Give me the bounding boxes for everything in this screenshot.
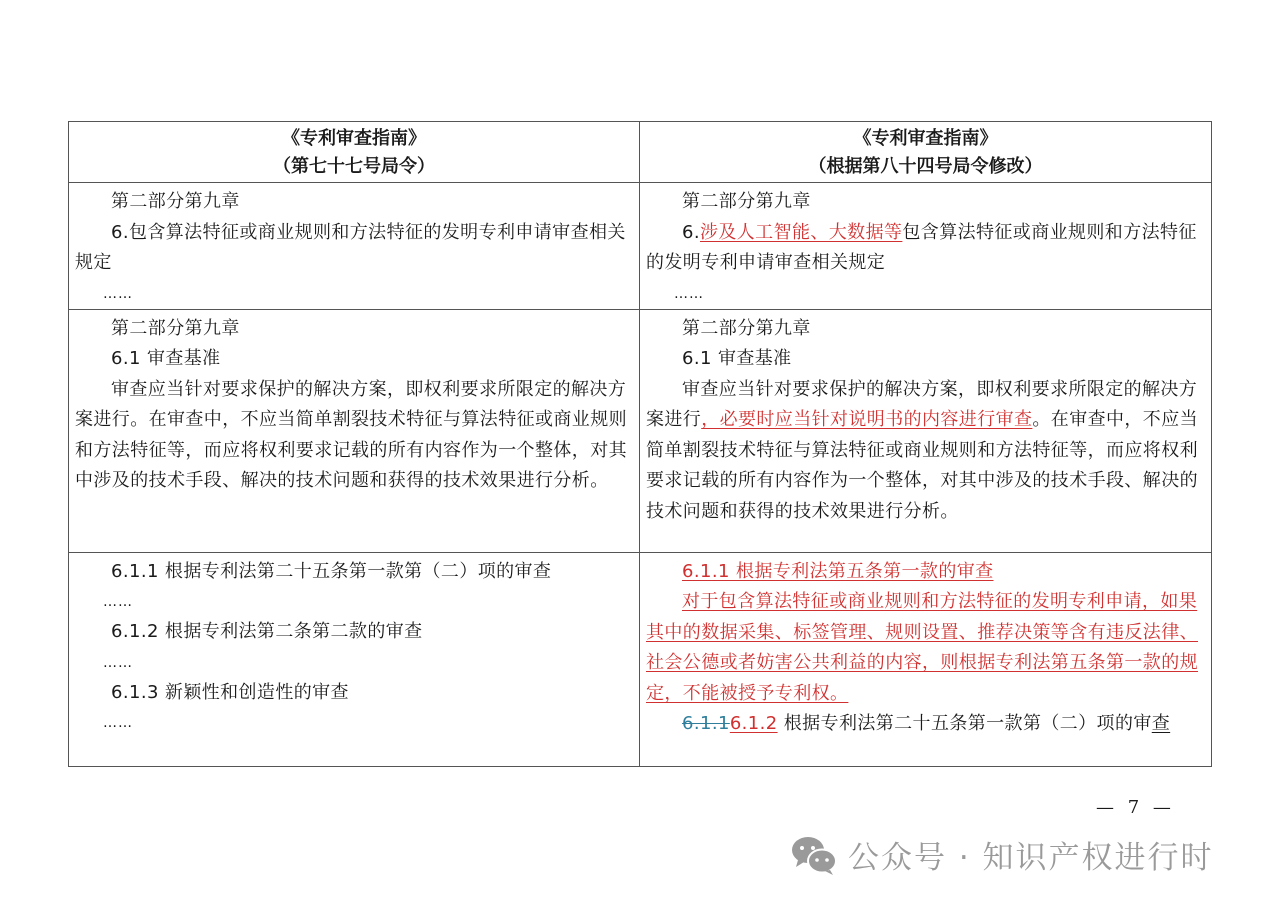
inserted-text: ，必要时应当针对说明书的内容进行审查 — [701, 409, 1032, 430]
watermark: 公众号 · 知识产权进行时 — [790, 832, 1214, 877]
chapter-label: 第二部分第九章 — [646, 187, 1205, 218]
section-heading: 6.包含算法特征或商业规则和方法特征的发明专利申请审查相关规定 — [75, 218, 633, 279]
comparison-table: 《专利审查指南》 （第七十七号局令） 《专利审查指南》 （根据第八十四号局令修改… — [68, 121, 1212, 767]
table-row: 第二部分第九章 6.1 审查基准 审查应当针对要求保护的解决方案，即权利要求所限… — [69, 309, 1212, 552]
deleted-text: 6.1.1 — [682, 713, 730, 734]
table-row: 6.1.1 根据专利法第二十五条第一款第（二）项的审查 …… 6.1.2 根据专… — [69, 552, 1212, 766]
header-left-subtitle: （第七十七号局令） — [69, 153, 639, 181]
header-left: 《专利审查指南》 （第七十七号局令） — [69, 122, 640, 183]
header-right: 《专利审查指南》 （根据第八十四号局令修改） — [640, 122, 1212, 183]
inserted-text: 涉及人工智能、大数据等 — [700, 222, 902, 243]
ellipsis: …… — [75, 648, 633, 678]
row3-left-cell: 6.1.1 根据专利法第二十五条第一款第（二）项的审查 …… 6.1.2 根据专… — [69, 552, 640, 766]
renumbered-subsection-title: 6.1.16.1.2 根据专利法第二十五条第一款第（二）项的审查 — [646, 709, 1205, 740]
inserted-text: 6.1.2 — [730, 713, 778, 734]
row2-left-cell: 第二部分第九章 6.1 审查基准 审查应当针对要求保护的解决方案，即权利要求所限… — [69, 309, 640, 552]
row3-right-cell: 6.1.1 根据专利法第五条第一款的审查 对于包含算法特征或商业规则和方法特征的… — [640, 552, 1212, 766]
subsection-title: 6.1.1 根据专利法第二十五条第一款第（二）项的审查 — [75, 557, 633, 588]
row2-right-cell: 第二部分第九章 6.1 审查基准 审查应当针对要求保护的解决方案，即权利要求所限… — [640, 309, 1212, 552]
ellipsis: …… — [646, 279, 1205, 309]
subsection-title: 6.1.3 新颖性和创造性的审查 — [75, 678, 633, 709]
chapter-label: 第二部分第九章 — [75, 187, 633, 218]
header-left-title: 《专利审查指南》 — [69, 125, 639, 153]
title-text-last: 查 — [1152, 713, 1170, 734]
ellipsis: …… — [75, 587, 633, 617]
row1-left-cell: 第二部分第九章 6.包含算法特征或商业规则和方法特征的发明专利申请审查相关规定 … — [69, 183, 640, 310]
row1-right-cell: 第二部分第九章 6.涉及人工智能、大数据等包含算法特征或商业规则和方法特征的发明… — [640, 183, 1212, 310]
wechat-icon — [790, 834, 838, 876]
header-right-title: 《专利审查指南》 — [640, 125, 1211, 153]
header-right-subtitle: （根据第八十四号局令修改） — [640, 153, 1211, 181]
table-header-row: 《专利审查指南》 （第七十七号局令） 《专利审查指南》 （根据第八十四号局令修改… — [69, 122, 1212, 183]
inserted-subsection-body: 对于包含算法特征或商业规则和方法特征的发明专利申请，如果其中的数据采集、标签管理… — [646, 587, 1205, 709]
table-row: 第二部分第九章 6.包含算法特征或商业规则和方法特征的发明专利申请审查相关规定 … — [69, 183, 1212, 310]
section-heading: 6.涉及人工智能、大数据等包含算法特征或商业规则和方法特征的发明专利申请审查相关… — [646, 218, 1205, 279]
chapter-label: 第二部分第九章 — [75, 314, 633, 345]
section-title: 6.1 审查基准 — [646, 344, 1205, 375]
section-body: 审查应当针对要求保护的解决方案，即权利要求所限定的解决方案进行。在审查中，不应当… — [75, 375, 633, 497]
subsection-title: 6.1.2 根据专利法第二条第二款的审查 — [75, 617, 633, 648]
heading-prefix: 6. — [682, 222, 700, 243]
section-title: 6.1 审查基准 — [75, 344, 633, 375]
inserted-subsection-title: 6.1.1 根据专利法第五条第一款的审查 — [646, 557, 1205, 588]
ellipsis: …… — [75, 708, 633, 738]
chapter-label: 第二部分第九章 — [646, 314, 1205, 345]
page-number: — 7 — — [1096, 797, 1175, 818]
section-body: 审查应当针对要求保护的解决方案，即权利要求所限定的解决方案进行，必要时应当针对说… — [646, 375, 1205, 528]
ellipsis: …… — [75, 279, 633, 309]
title-text: 根据专利法第二十五条第一款第（二）项的审 — [778, 713, 1152, 734]
watermark-text: 公众号 · 知识产权进行时 — [848, 832, 1214, 877]
inserted-text: 6.1.1 根据专利法第五条第一款的审查 — [682, 561, 994, 582]
inserted-text: 对于包含算法特征或商业规则和方法特征的发明专利申请，如果其中的数据采集、标签管理… — [646, 591, 1198, 704]
